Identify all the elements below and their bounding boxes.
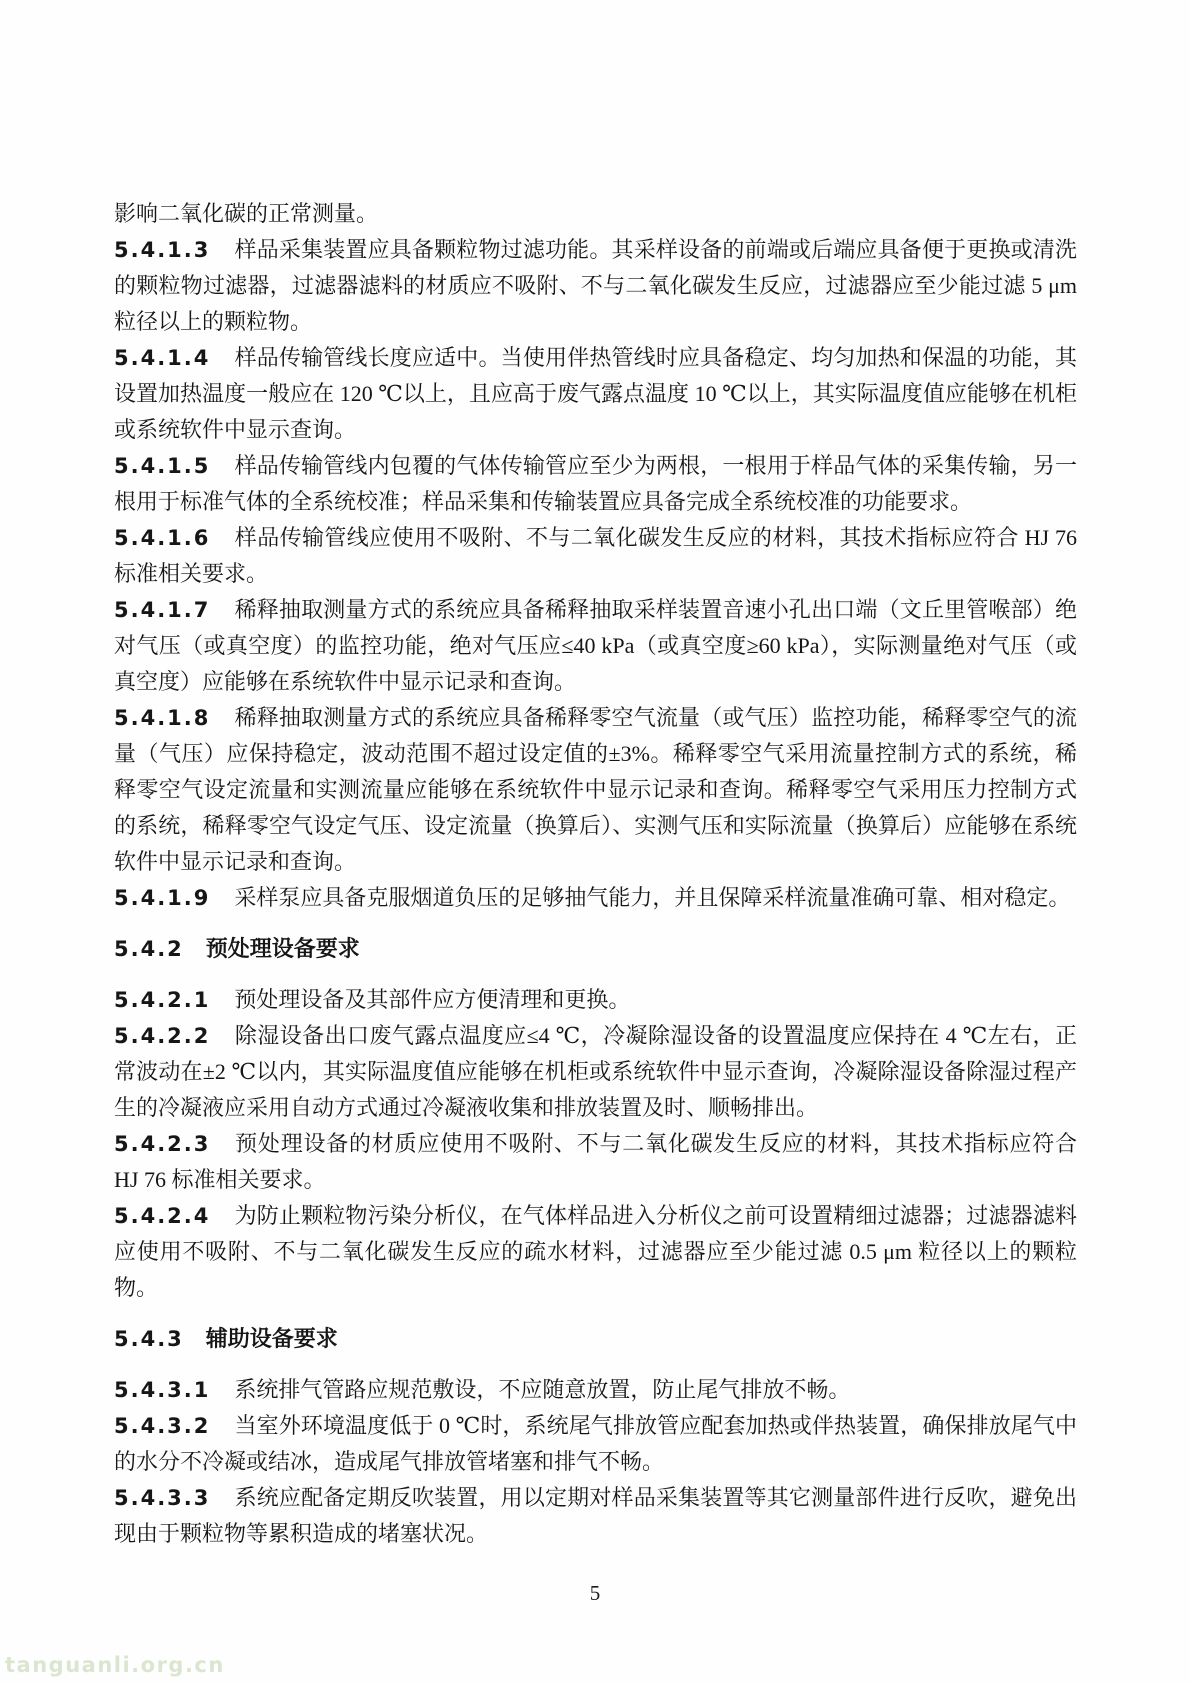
clause-number: 5.4.3.2 [114,1414,210,1438]
clause-paragraph: 5.4.1.7稀释抽取测量方式的系统应具备稀释抽取采样装置音速小孔出口端（文丘里… [114,592,1077,700]
clause-paragraph: 5.4.3.1系统排气管路应规范敷设，不应随意放置，防止尾气排放不畅。 [114,1372,1077,1408]
clause-paragraph: 5.4.1.6样品传输管线应使用不吸附、不与二氧化碳发生反应的材料，其技术指标应… [114,520,1077,592]
clause-text: 样品传输管线应使用不吸附、不与二氧化碳发生反应的材料，其技术指标应符合 HJ 7… [114,525,1077,586]
clause-text: 影响二氧化碳的正常测量。 [114,201,378,226]
clause-number: 5.4.1.9 [114,886,210,910]
clause-text: 稀释抽取测量方式的系统应具备稀释抽取采样装置音速小孔出口端（文丘里管喉部）绝对气… [114,597,1077,694]
clause-text: 样品采集装置应具备颗粒物过滤功能。其采样设备的前端或后端应具备便于更换或清洗的颗… [114,237,1077,334]
clause-paragraph: 5.4.1.3样品采集装置应具备颗粒物过滤功能。其采样设备的前端或后端应具备便于… [114,232,1077,340]
clause-number: 5.4.3 [114,1327,184,1351]
clause-text: 为防止颗粒物污染分析仪，在气体样品进入分析仪之前可设置精细过滤器；过滤器滤料应使… [114,1203,1077,1300]
clause-paragraph: 5.4.2.2除湿设备出口废气露点温度应≤4 ℃，冷凝除湿设备的设置温度应保持在… [114,1018,1077,1126]
clause-text: 采样泵应具备克服烟道负压的足够抽气能力，并且保障采样流量准确可靠、相对稳定。 [234,885,1070,910]
clause-text: 系统应配备定期反吹装置，用以定期对样品采集装置等其它测量部件进行反吹，避免出现由… [114,1485,1077,1546]
section-heading: 5.4.2预处理设备要求 [114,931,1077,967]
clause-number: 5.4.2.4 [114,1204,210,1228]
clause-text: 除湿设备出口废气露点温度应≤4 ℃，冷凝除湿设备的设置温度应保持在 4 ℃左右，… [114,1023,1077,1120]
clause-number: 5.4.1.7 [114,598,210,622]
clause-paragraph: 5.4.3.3系统应配备定期反吹装置，用以定期对样品采集装置等其它测量部件进行反… [114,1480,1077,1552]
watermark-text: tanguanli.org.cn [5,1653,225,1677]
clause-number: 5.4.1.8 [114,706,210,730]
clause-paragraph: 5.4.1.8稀释抽取测量方式的系统应具备稀释零空气流量（或气压）监控功能，稀释… [114,700,1077,880]
continuation-paragraph: 影响二氧化碳的正常测量。 [114,196,1077,232]
clause-number: 5.4.1.4 [114,346,210,370]
clause-paragraph: 5.4.1.4样品传输管线长度应适中。当使用伴热管线时应具备稳定、均匀加热和保温… [114,340,1077,448]
clause-number: 5.4.3.3 [114,1486,210,1510]
clause-text: 样品传输管线长度应适中。当使用伴热管线时应具备稳定、均匀加热和保温的功能，其设置… [114,345,1077,442]
page-number: 5 [0,1581,1190,1606]
clause-text: 预处理设备及其部件应方便清理和更换。 [234,987,630,1012]
clause-paragraph: 5.4.1.9采样泵应具备克服烟道负压的足够抽气能力，并且保障采样流量准确可靠、… [114,880,1077,916]
clause-text: 样品传输管线内包覆的气体传输管应至少为两根，一根用于样品气体的采集传输，另一根用… [114,453,1077,514]
clause-number: 5.4.1.5 [114,454,210,478]
document-page: 影响二氧化碳的正常测量。5.4.1.3样品采集装置应具备颗粒物过滤功能。其采样设… [0,0,1190,1683]
document-body: 影响二氧化碳的正常测量。5.4.1.3样品采集装置应具备颗粒物过滤功能。其采样设… [114,196,1077,1552]
clause-number: 5.4.3.1 [114,1378,210,1402]
clause-text: 预处理设备要求 [206,936,360,961]
clause-number: 5.4.2.3 [114,1132,210,1156]
clause-text: 预处理设备的材质应使用不吸附、不与二氧化碳发生反应的材料，其技术指标应符合 HJ… [114,1131,1077,1192]
clause-number: 5.4.2.2 [114,1024,210,1048]
clause-paragraph: 5.4.2.4为防止颗粒物污染分析仪，在气体样品进入分析仪之前可设置精细过滤器；… [114,1198,1077,1306]
clause-number: 5.4.1.3 [114,238,210,262]
section-heading: 5.4.3辅助设备要求 [114,1321,1077,1357]
clause-paragraph: 5.4.3.2当室外环境温度低于 0 ℃时，系统尾气排放管应配套加热或伴热装置，… [114,1408,1077,1480]
clause-paragraph: 5.4.1.5样品传输管线内包覆的气体传输管应至少为两根，一根用于样品气体的采集… [114,448,1077,520]
clause-number: 5.4.1.6 [114,526,210,550]
clause-text: 当室外环境温度低于 0 ℃时，系统尾气排放管应配套加热或伴热装置，确保排放尾气中… [114,1413,1077,1474]
clause-number: 5.4.2 [114,937,184,961]
clause-paragraph: 5.4.2.3预处理设备的材质应使用不吸附、不与二氧化碳发生反应的材料，其技术指… [114,1126,1077,1198]
clause-number: 5.4.2.1 [114,988,210,1012]
clause-text: 辅助设备要求 [206,1326,338,1351]
clause-text: 系统排气管路应规范敷设，不应随意放置，防止尾气排放不畅。 [234,1377,850,1402]
clause-paragraph: 5.4.2.1预处理设备及其部件应方便清理和更换。 [114,982,1077,1018]
clause-text: 稀释抽取测量方式的系统应具备稀释零空气流量（或气压）监控功能，稀释零空气的流量（… [114,705,1077,874]
